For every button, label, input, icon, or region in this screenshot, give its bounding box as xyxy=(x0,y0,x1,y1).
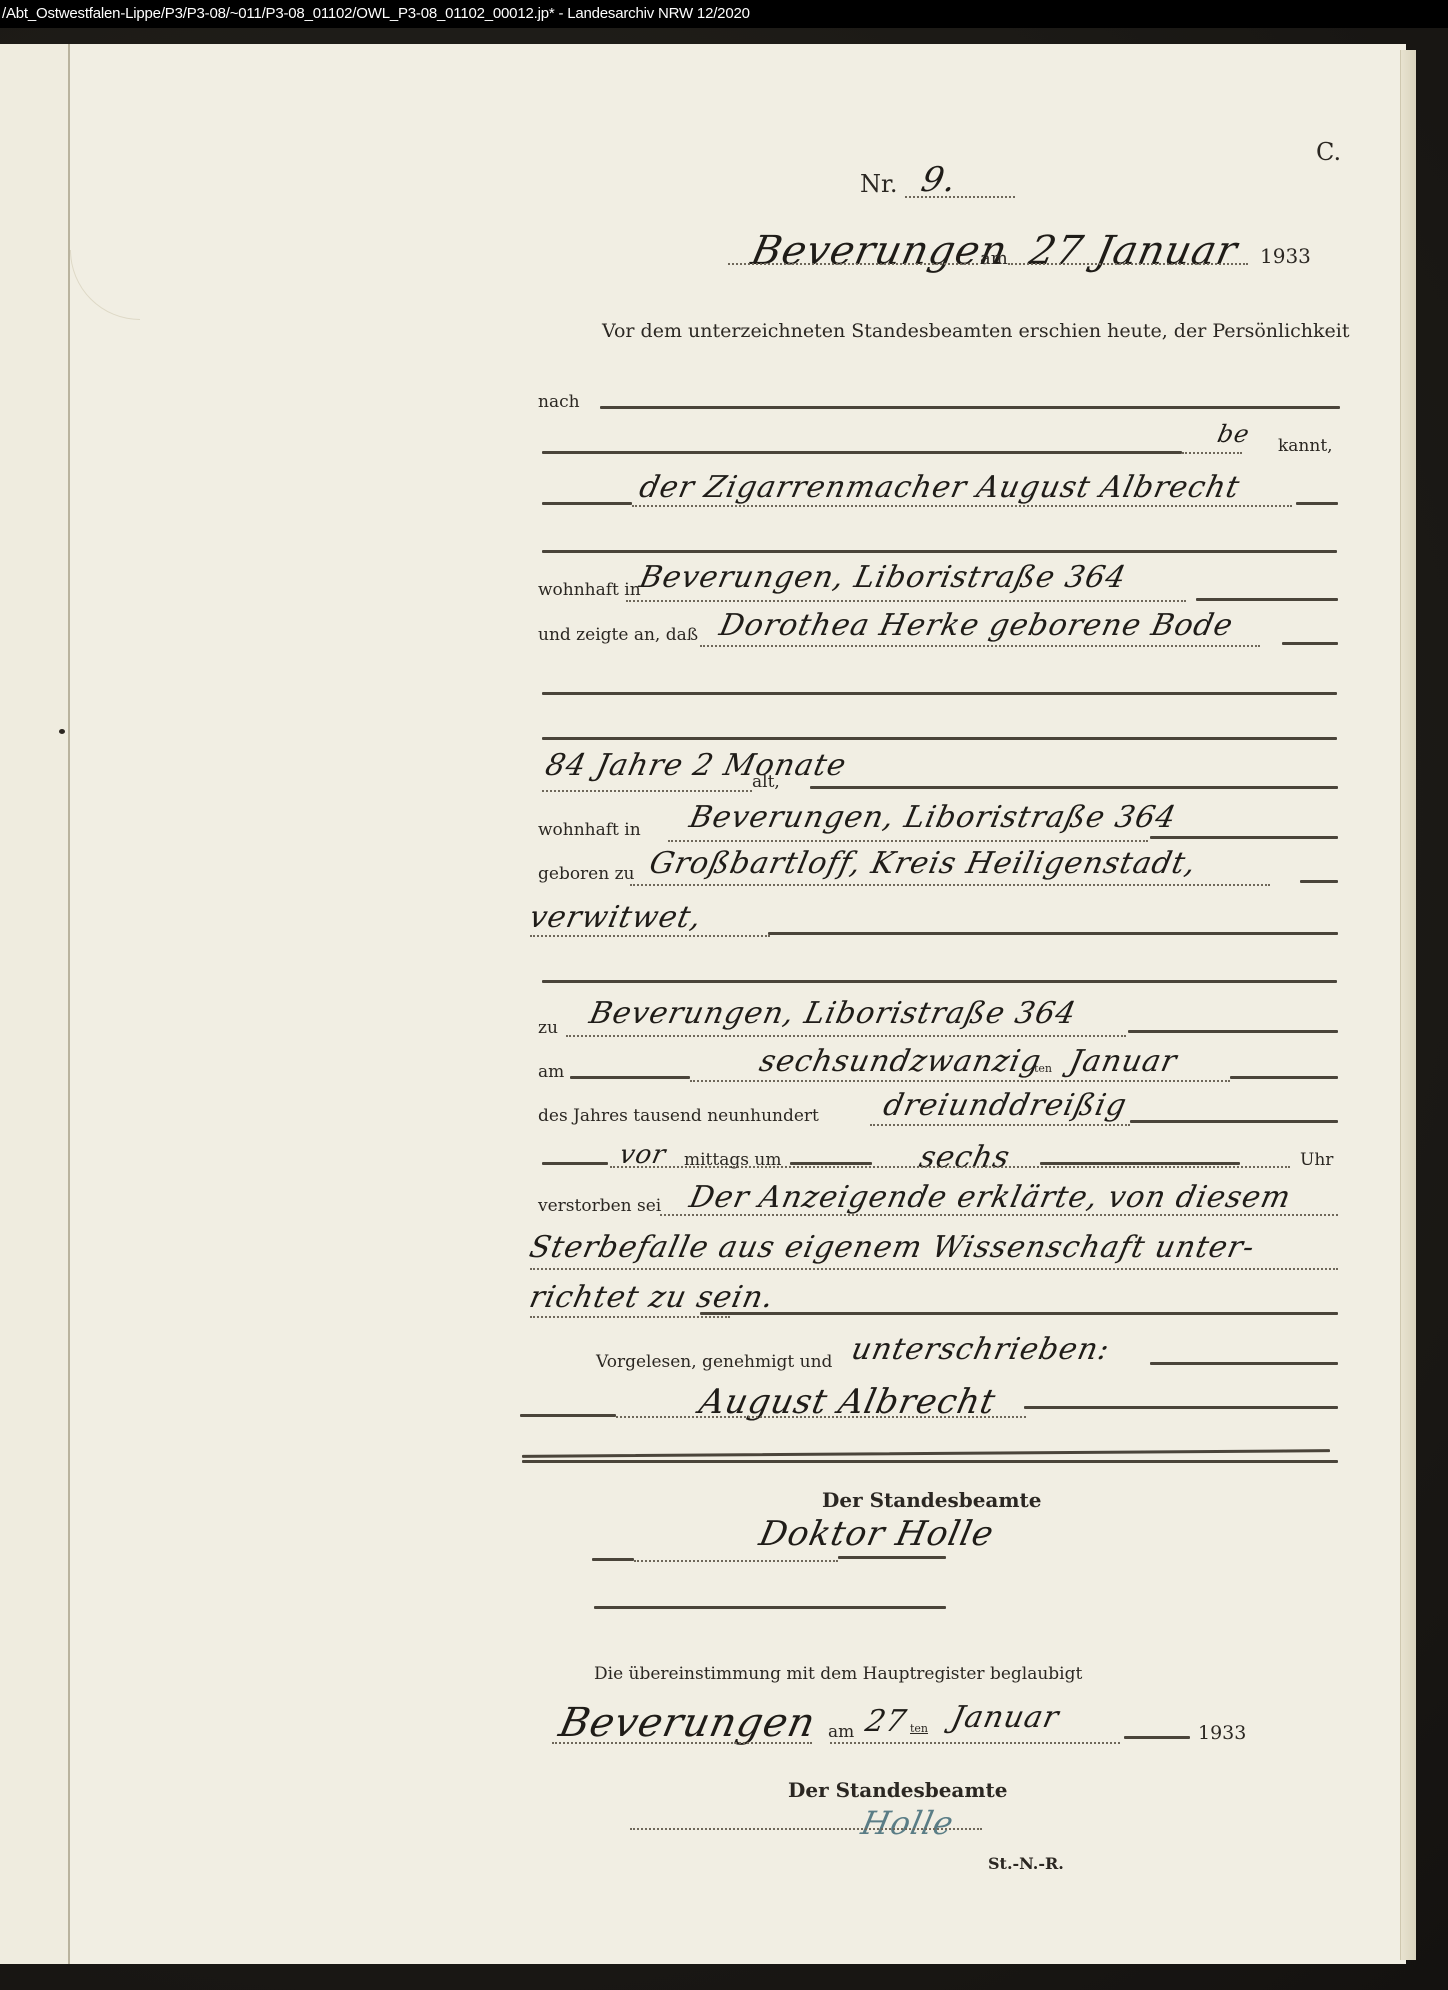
nach-label: nach xyxy=(538,392,580,412)
rule xyxy=(1150,1362,1338,1365)
death-place-label: zu xyxy=(538,1018,558,1038)
rule xyxy=(1196,598,1338,601)
date-dotline xyxy=(1008,263,1248,265)
deceased-residence-label: wohnhaft in xyxy=(538,820,641,840)
page-stack-edge xyxy=(1400,50,1416,1960)
statement-line-1: Der Anzeigende erklärte, von diesem xyxy=(686,1180,1294,1215)
born-written: Großbartloff, Kreis Heiligenstadt, xyxy=(646,846,1199,881)
dotline xyxy=(616,1416,1026,1418)
age-label: alt, xyxy=(752,772,780,792)
cert-year: 1933 xyxy=(1198,1722,1246,1744)
rule xyxy=(1130,1120,1338,1123)
rule xyxy=(542,550,1337,553)
status-written: verwitwet, xyxy=(526,900,705,935)
rule xyxy=(838,1556,946,1559)
form-code: St.-N.-R. xyxy=(988,1854,1064,1873)
read-written: unterschrieben: xyxy=(848,1332,1113,1367)
informant-written: der Zigarrenmacher August Albrecht xyxy=(636,470,1243,505)
dotline xyxy=(830,1742,1120,1744)
rule xyxy=(570,1076,690,1079)
rule xyxy=(542,1162,608,1165)
dotline xyxy=(626,600,1186,602)
cert-place-written: Beverungen xyxy=(555,1700,820,1746)
dotline xyxy=(566,1035,1126,1037)
dotline xyxy=(630,884,1270,886)
rule xyxy=(1024,1406,1338,1409)
rule xyxy=(542,451,1182,454)
dotline xyxy=(632,505,1292,507)
death-day-written: sechsundzwanzig xyxy=(756,1044,1044,1079)
dotline xyxy=(700,645,1260,647)
cert-signature: Holle xyxy=(858,1804,958,1842)
rule xyxy=(592,1558,634,1561)
cert-day-suffix: ten xyxy=(910,1722,928,1735)
cert-date-prefix: am xyxy=(828,1722,854,1742)
death-year-label: des Jahres tausend neunhundert xyxy=(538,1106,819,1126)
rule xyxy=(790,1162,872,1165)
rule xyxy=(700,1312,1338,1315)
year: 1933 xyxy=(1260,244,1311,268)
death-year-written: dreiunddreißig xyxy=(880,1088,1130,1123)
place-dotline xyxy=(728,263,978,265)
rule xyxy=(1128,1030,1338,1033)
closing-rule-bottom xyxy=(522,1460,1338,1463)
rule xyxy=(542,737,1337,740)
death-day-suffix: ten xyxy=(1034,1062,1052,1075)
reported-label: und zeigte an, daß xyxy=(538,625,698,645)
hour-written: sechs xyxy=(916,1140,1013,1175)
death-month-written: Januar xyxy=(1066,1044,1180,1079)
rule xyxy=(1040,1162,1240,1165)
dotline xyxy=(530,1316,730,1318)
left-page xyxy=(0,44,70,1964)
deceased-residence-written: Beverungen, Liboristraße 364 xyxy=(686,800,1179,835)
bekannt-hand: be xyxy=(1215,420,1253,448)
registrar-title: Der Standesbeamte xyxy=(822,1488,1042,1512)
number-dotline xyxy=(905,196,1015,198)
place-written: Beverungen xyxy=(747,228,1012,274)
cert-registrar-title: Der Standesbeamte xyxy=(788,1778,1008,1802)
death-place-written: Beverungen, Liboristraße 364 xyxy=(586,996,1079,1031)
residence-label: wohnhaft in xyxy=(538,580,641,600)
rule xyxy=(1150,836,1338,839)
rule xyxy=(1124,1736,1190,1739)
dotline xyxy=(660,1214,1338,1216)
statement-line-2: Sterbefalle aus eigenem Wissenschaft unt… xyxy=(526,1230,1258,1265)
dotline xyxy=(668,840,1148,842)
bekannt-label: kannt, xyxy=(1278,436,1333,456)
rule xyxy=(1296,502,1338,505)
death-day-label: am xyxy=(538,1062,564,1082)
dotline xyxy=(1182,452,1242,454)
dotline xyxy=(634,1560,838,1562)
rule xyxy=(594,1606,946,1609)
rule xyxy=(1282,642,1338,645)
rule xyxy=(600,406,1340,409)
rule xyxy=(810,786,1338,789)
deceased-written: Dorothea Herke geborene Bode xyxy=(716,608,1236,643)
rule xyxy=(1300,880,1338,883)
uhr-label: Uhr xyxy=(1300,1150,1333,1170)
born-label: geboren zu xyxy=(538,864,635,884)
statement-line-3: richtet zu sein. xyxy=(526,1280,777,1315)
residence-written: Beverungen, Libori­straße 364 xyxy=(636,560,1129,595)
dotline xyxy=(530,1268,1338,1270)
rule xyxy=(1230,1076,1338,1079)
rule xyxy=(542,980,1337,983)
date-written: 27 Januar xyxy=(1025,228,1242,274)
ink-spot xyxy=(59,729,65,734)
dotline xyxy=(690,1080,1230,1082)
date-prefix: am xyxy=(980,248,1008,269)
cert-month-written: Januar xyxy=(948,1700,1062,1735)
viewer-path-title: /Abt_Ostwestfalen-Lippe/P3/P3-08/~011/P3… xyxy=(0,0,1448,28)
signature-dotline xyxy=(630,1828,982,1830)
died-label: verstorben sei xyxy=(538,1196,661,1216)
rule xyxy=(542,692,1337,695)
dotline xyxy=(552,1742,812,1744)
dotline xyxy=(610,1166,1290,1168)
age-written: 84 Jahre 2 Monate xyxy=(542,748,849,783)
rule xyxy=(768,932,1338,935)
dotline xyxy=(530,935,770,937)
intro-text: Vor dem unterzeichneten Standesbeamten e… xyxy=(602,320,1350,342)
cert-day-written: 27 xyxy=(862,1704,910,1739)
registrar-signature: Doktor Holle xyxy=(756,1514,998,1554)
rule xyxy=(542,502,632,505)
dotline xyxy=(542,790,752,792)
read-label: Vorgelesen, genehmigt und xyxy=(596,1352,832,1372)
certification-text: Die übereinstimmung mit dem Hauptregiste… xyxy=(594,1664,1082,1684)
dotline xyxy=(870,1124,1130,1126)
corner-letter: C. xyxy=(1316,138,1341,166)
number-label: Nr. xyxy=(860,170,897,198)
rule xyxy=(520,1414,616,1417)
book-gutter xyxy=(68,44,70,1964)
